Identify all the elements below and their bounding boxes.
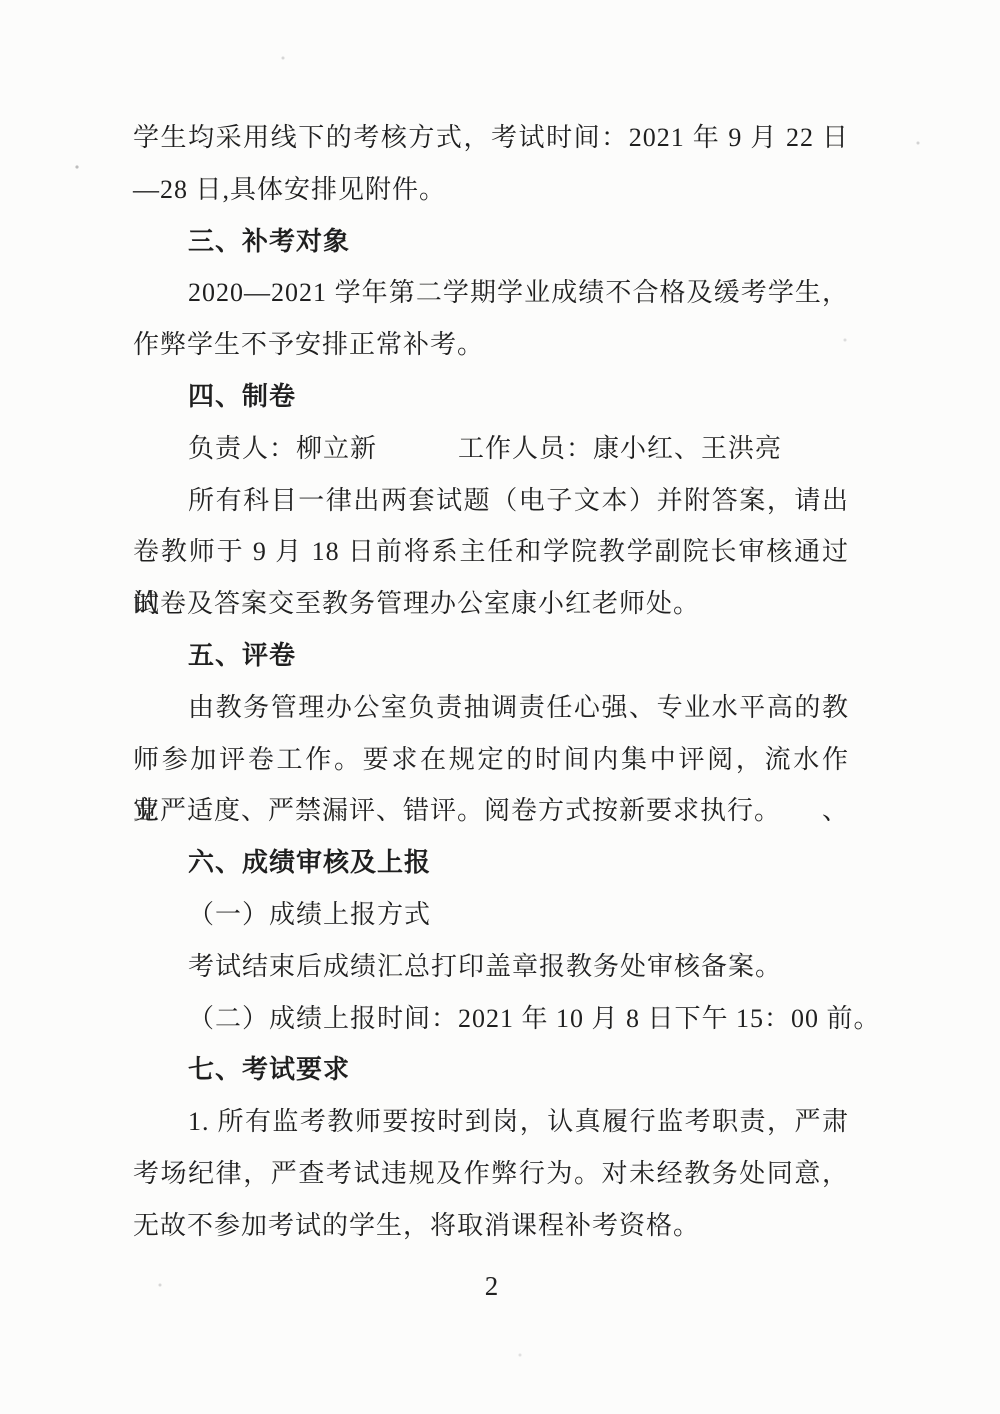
text-line: 考试结束后成绩汇总打印盖章报教务处审核备案。 [133,941,849,993]
text-line: 学生均采用线下的考核方式，考试时间：2021 年 9 月 22 日 [133,112,849,164]
text-line: 负责人：柳立新 工作人员：康小红、王洪亮 [133,423,849,475]
text-line: （二）成绩上报时间：2021 年 10 月 8 日下午 15：00 前。 [133,993,849,1045]
text-line: 考场纪律，严查考试违规及作弊行为。对未经教务处同意， [133,1148,849,1200]
text-line: 师参加评卷工作。要求在规定的时间内集中评阅，流水作业、 [133,734,849,786]
section-heading: 四、制卷 [133,371,849,423]
text-line: 作弊学生不予安排正常补考。 [133,319,849,371]
text-line: 宽严适度、严禁漏评、错评。阅卷方式按新要求执行。 [133,785,849,837]
document-body: 学生均采用线下的考核方式，考试时间：2021 年 9 月 22 日—28 日,具… [133,112,849,1252]
section-heading: 三、补考对象 [133,216,849,268]
section-heading: 六、成绩审核及上报 [133,837,849,889]
text-line: 所有科目一律出两套试题（电子文本）并附答案，请出 [133,475,849,527]
text-line: 2020—2021 学年第二学期学业成绩不合格及缓考学生， [133,267,849,319]
text-line: 卷教师于 9 月 18 日前将系主任和学院教学副院长审核通过的 [133,526,849,578]
page-number: 2 [0,1266,983,1306]
text-line: （一）成绩上报方式 [133,889,849,941]
text-line: 1. 所有监考教师要按时到岗，认真履行监考职责，严肃 [133,1096,849,1148]
text-line: 无故不参加考试的学生，将取消课程补考资格。 [133,1200,849,1252]
text-line: —28 日,具体安排见附件。 [133,164,849,216]
section-heading: 五、评卷 [133,630,849,682]
section-heading: 七、考试要求 [133,1044,849,1096]
text-line: 试卷及答案交至教务管理办公室康小红老师处。 [133,578,849,630]
text-line: 由教务管理办公室负责抽调责任心强、专业水平高的教 [133,682,849,734]
document-page: 学生均采用线下的考核方式，考试时间：2021 年 9 月 22 日—28 日,具… [0,0,1000,1414]
